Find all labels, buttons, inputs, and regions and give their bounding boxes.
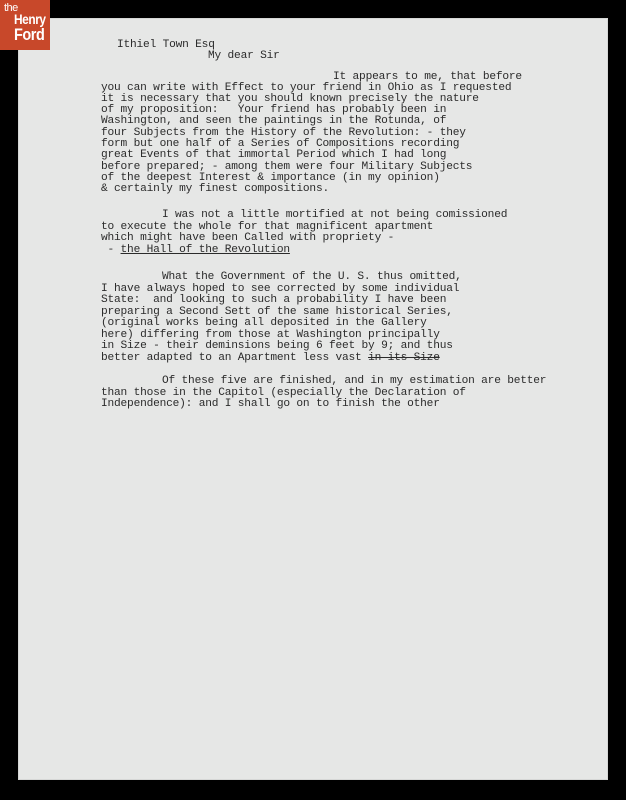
paragraph-3-last-line: better adapted to an Apartment less vast… (101, 353, 440, 364)
logo-ford: Ford (14, 25, 44, 45)
hall-of-revolution-underlined: the Hall of the Revolution (121, 244, 290, 256)
paragraph-3-line: What the Government of the U. S. thus om… (162, 272, 462, 283)
paragraph-1-line: Washington, and seen the paintings in th… (101, 116, 446, 127)
paragraph-2-last-line: - the Hall of the Revolution (101, 245, 290, 256)
paragraph-3-line: State: and looking to such a probability… (101, 295, 446, 306)
paragraph-2-line: I was not a little mortified at not bein… (162, 210, 507, 221)
paragraph-1-line: great Events of that immortal Period whi… (101, 150, 446, 161)
paragraph-4-line: Independence): and I shall go on to fini… (101, 399, 440, 410)
paragraph-4-line: Of these five are finished, and in my es… (162, 376, 546, 387)
henry-ford-logo: the Henry Ford (0, 0, 50, 50)
salutation: My dear Sir (208, 51, 280, 62)
addressee: Ithiel Town Esq (117, 40, 215, 51)
paragraph-3-line: (original works being all deposited in t… (101, 318, 427, 329)
paragraph-1-line: & certainly my finest compositions. (101, 184, 329, 195)
paragraph-2-line: which might have been Called with propri… (101, 233, 394, 244)
dash-prefix: - (101, 244, 121, 256)
paragraph-3-last-text: better adapted to an Apartment less vast (101, 352, 368, 364)
paragraph-3-line: in Size - their deminsions being 6 feet … (101, 341, 453, 352)
struck-text: in its Size (368, 352, 440, 364)
